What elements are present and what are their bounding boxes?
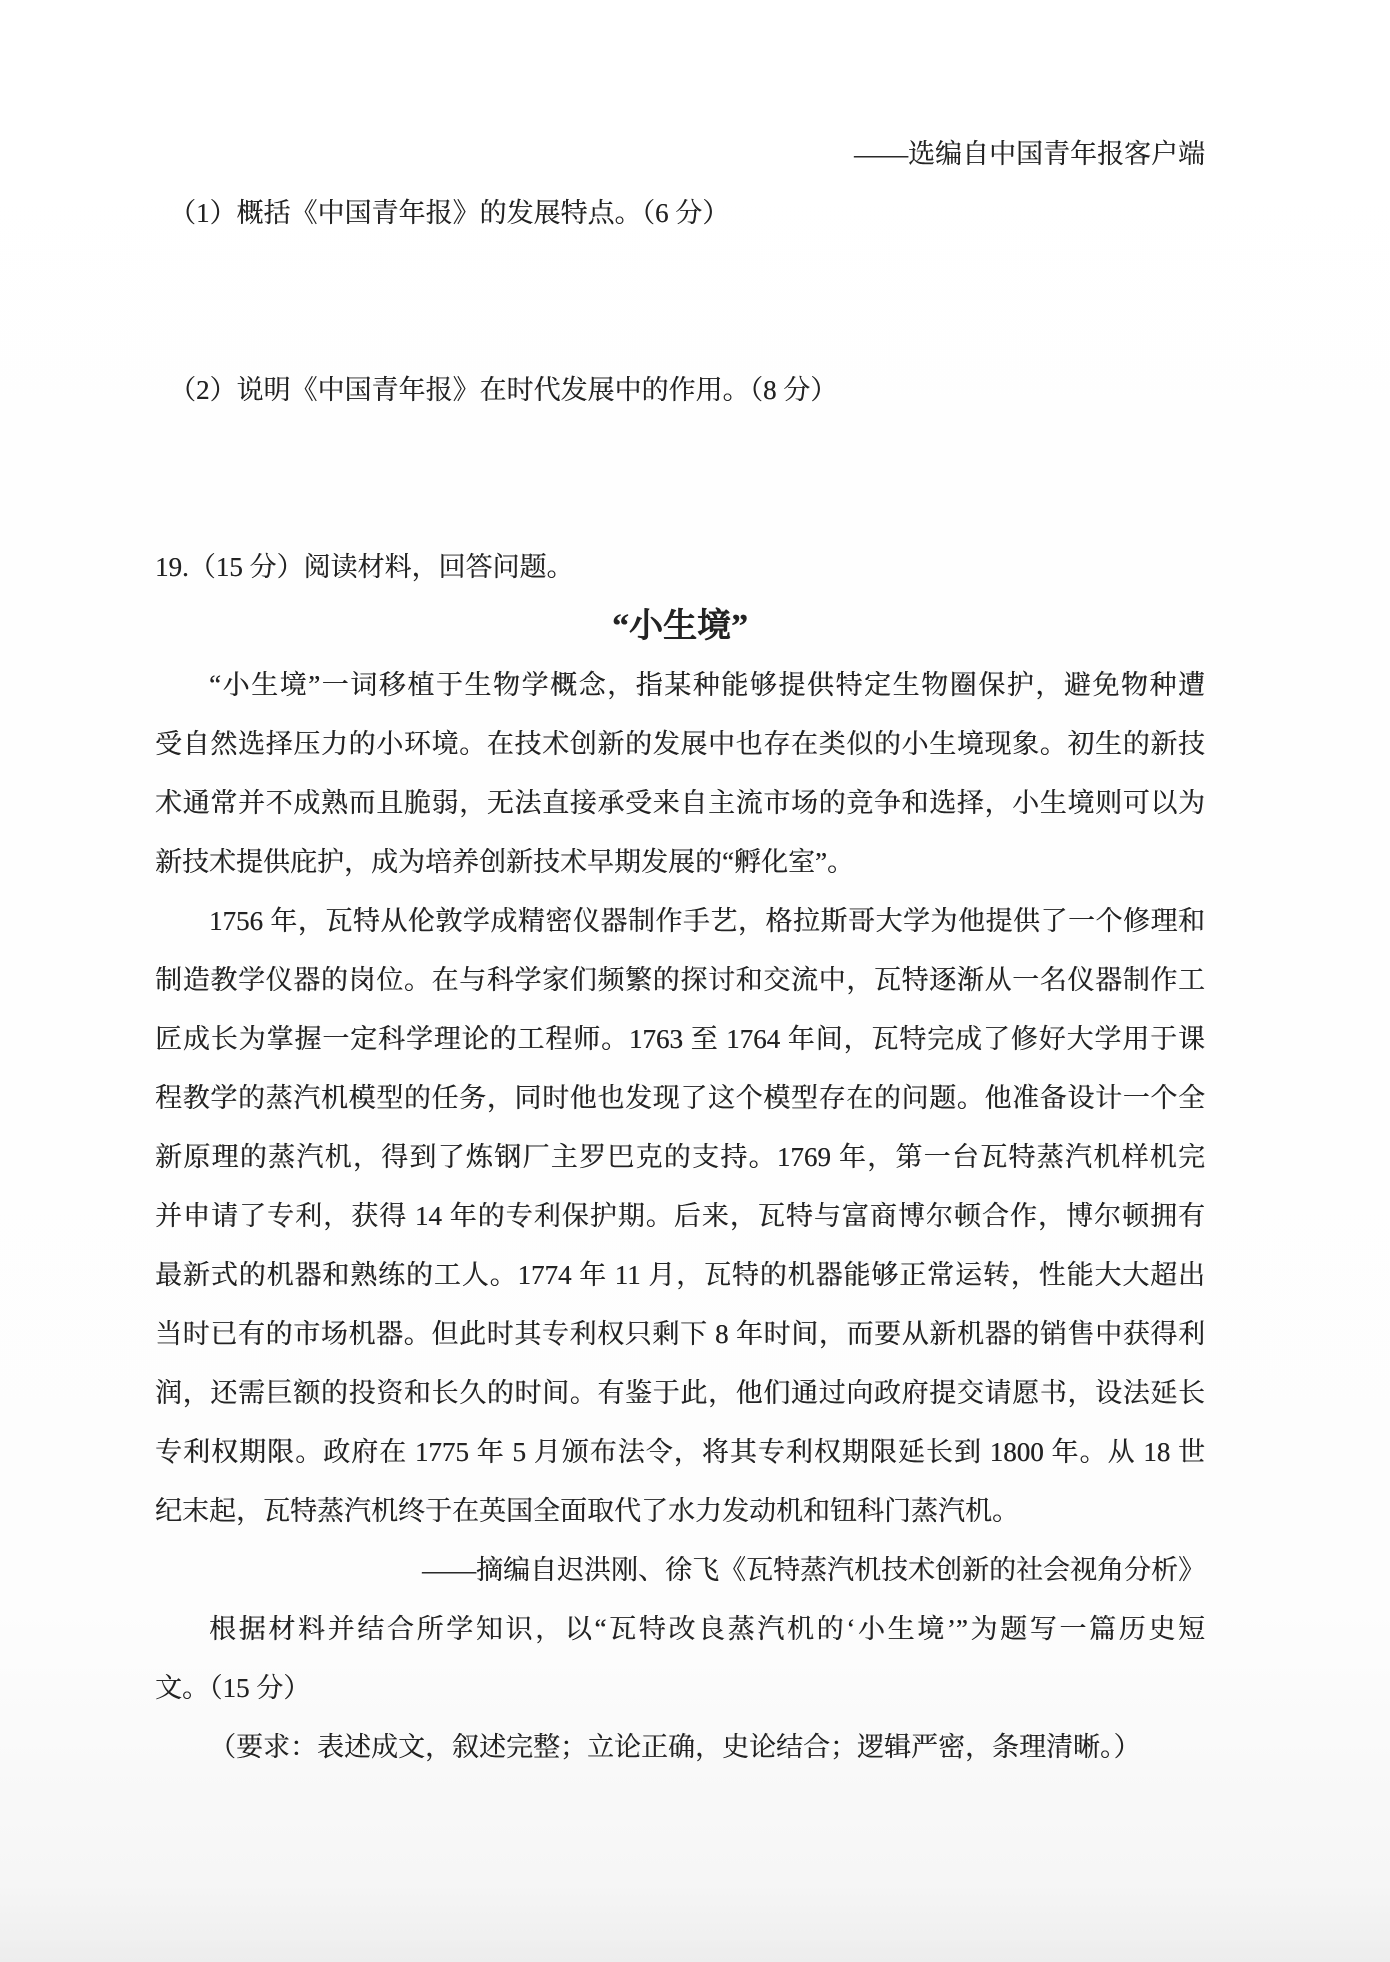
question-18-part-2: （2）说明《中国青年报》在时代发展中的作用。（8 分） — [155, 361, 1205, 420]
material-paragraph-2-line: 制造教学仪器的岗位。在与科学家们频繁的探讨和交流中，瓦特逐渐从一名仪器制作工 — [155, 951, 1205, 1010]
question-19-intro: 19.（15 分）阅读材料，回答问题。 — [155, 538, 1205, 597]
material-paragraph-1-line: 新技术提供庇护，成为培养创新技术早期发展的“孵化室”。 — [155, 833, 1205, 892]
spacer — [155, 302, 1205, 361]
material-paragraph-2-line: 最新式的机器和熟练的工人。1774 年 11 月，瓦特的机器能够正常运转，性能大… — [155, 1246, 1205, 1305]
material-source-note-top: ——选编自中国青年报客户端 — [155, 125, 1205, 184]
material-paragraph-2-line: 并申请了专利，获得 14 年的专利保护期。后来，瓦特与富商博尔顿合作，博尔顿拥有 — [155, 1187, 1205, 1246]
material-paragraph-2-line: 当时已有的市场机器。但此时其专利权只剩下 8 年时间，而要从新机器的销售中获得利 — [155, 1305, 1205, 1364]
material-paragraph-2-line: 1756 年，瓦特从伦敦学成精密仪器制作手艺，格拉斯哥大学为他提供了一个修理和 — [155, 892, 1205, 951]
spacer — [155, 243, 1205, 302]
material-paragraph-2-line: 程教学的蒸汽机模型的任务，同时他也发现了这个模型存在的问题。他准备设计一个全 — [155, 1069, 1205, 1128]
material-paragraph-2-line: 纪末起，瓦特蒸汽机终于在英国全面取代了水力发动机和钮科门蒸汽机。 — [155, 1482, 1205, 1541]
material-source-note: ——摘编自迟洪刚、徐飞《瓦特蒸汽机技术创新的社会视角分析》 — [155, 1541, 1205, 1600]
spacer — [155, 479, 1205, 538]
exam-page: ——选编自中国青年报客户端 （1）概括《中国青年报》的发展特点。（6 分） （2… — [0, 0, 1390, 1962]
text-column: ——选编自中国青年报客户端 （1）概括《中国青年报》的发展特点。（6 分） （2… — [155, 125, 1205, 1777]
question-19-task-line: 文。（15 分） — [155, 1659, 1205, 1718]
question-19-task-line: 根据材料并结合所学知识，以“瓦特改良蒸汽机的‘小生境’”为题写一篇历史短 — [155, 1600, 1205, 1659]
spacer — [155, 420, 1205, 479]
material-paragraph-2-line: 新原理的蒸汽机，得到了炼钢厂主罗巴克的支持。1769 年，第一台瓦特蒸汽机样机完… — [155, 1128, 1205, 1187]
material-paragraph-1-line: 受自然选择压力的小环境。在技术创新的发展中也存在类似的小生境现象。初生的新技 — [155, 715, 1205, 774]
question-19-requirements: （要求：表述成文，叙述完整；立论正确，史论结合；逻辑严密，条理清晰。） — [155, 1718, 1205, 1777]
material-paragraph-2-line: 润，还需巨额的投资和长久的时间。有鉴于此，他们通过向政府提交请愿书，设法延长 — [155, 1364, 1205, 1423]
material-paragraph-2-line: 专利权期限。政府在 1775 年 5 月颁布法令，将其专利权期限延长到 1800… — [155, 1423, 1205, 1482]
material-paragraph-1-line: “小生境”一词移植于生物学概念，指某种能够提供特定生物圈保护，避免物种遭 — [155, 656, 1205, 715]
material-paragraph-1-line: 术通常并不成熟而且脆弱，无法直接承受来自主流市场的竞争和选择，小生境则可以为 — [155, 774, 1205, 833]
material-paragraph-2-line: 匠成长为掌握一定科学理论的工程师。1763 至 1764 年间，瓦特完成了修好大… — [155, 1010, 1205, 1069]
material-title: “小生境” — [155, 597, 1205, 656]
question-18-part-1: （1）概括《中国青年报》的发展特点。（6 分） — [155, 184, 1205, 243]
